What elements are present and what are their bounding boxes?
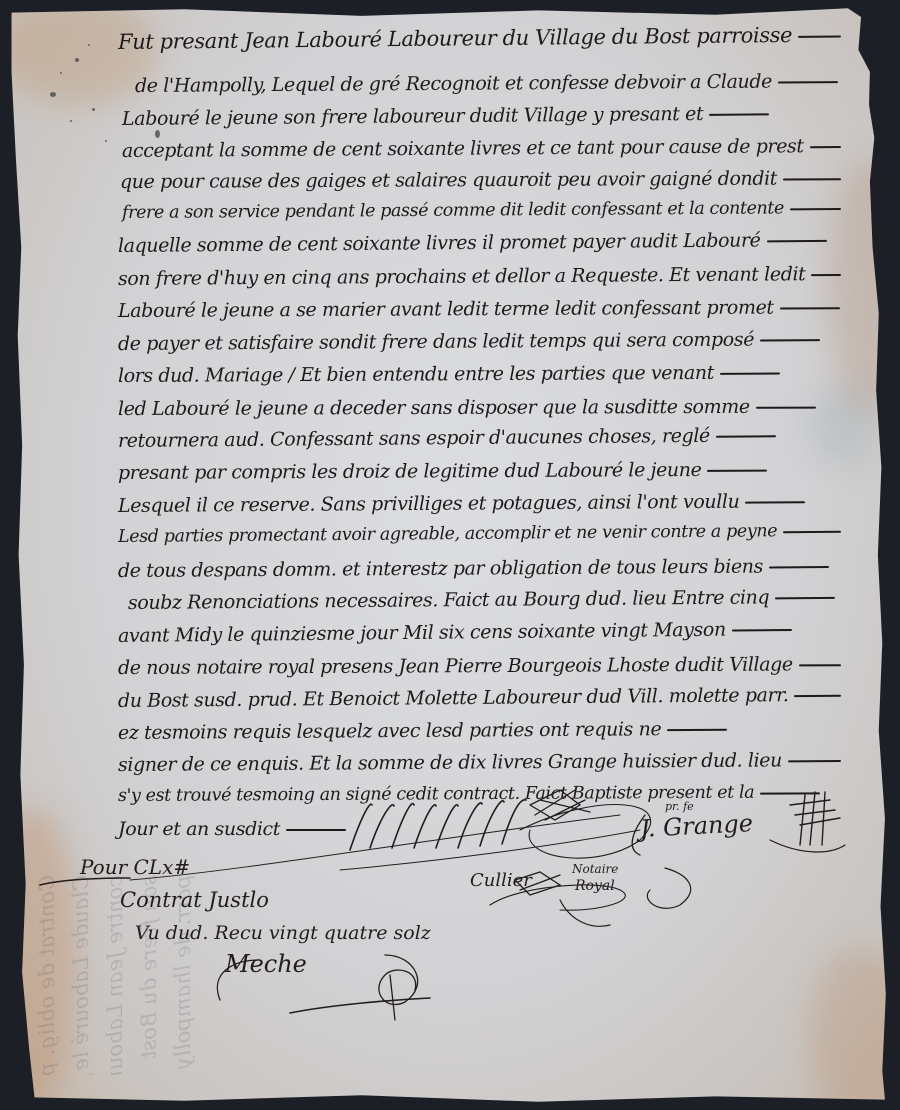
line-filler-stroke xyxy=(769,566,829,568)
ink-speckle xyxy=(88,44,90,46)
line-filler-stroke xyxy=(667,729,727,731)
manuscript-line: Jour et an susdict xyxy=(118,818,346,840)
manuscript-line: presant par compris les droiz de legitim… xyxy=(118,459,768,484)
manuscript-line: led Labouré le jeune a deceder sans disp… xyxy=(118,396,816,420)
line-filler-stroke xyxy=(775,597,835,600)
signature-grange-note: pr. fe xyxy=(665,800,694,813)
water-stain xyxy=(808,386,878,466)
ink-speckle xyxy=(50,92,56,97)
line-filler-stroke xyxy=(760,339,820,341)
ink-speckle xyxy=(92,108,95,111)
signature-cullier: Cullier xyxy=(470,870,532,891)
manuscript-line: que pour cause des gaiges et salaires qu… xyxy=(120,167,841,193)
line-filler-stroke xyxy=(783,178,841,180)
receipt-line: Vu dud. Recu vingt quatre solz xyxy=(135,922,431,944)
signature-grange: J. Grange xyxy=(639,809,753,843)
line-filler-stroke xyxy=(790,207,841,209)
manuscript-line: lors dud. Mariage / Et bien entendu entr… xyxy=(118,362,780,387)
age-stain xyxy=(828,156,900,416)
line-filler-stroke xyxy=(286,829,346,831)
line-filler-stroke xyxy=(707,470,767,472)
receipt-line: Contrat Justlo xyxy=(120,888,269,912)
line-filler-stroke xyxy=(798,35,841,37)
ink-speckle xyxy=(70,120,72,122)
line-filler-stroke xyxy=(811,274,841,276)
line-filler-stroke xyxy=(794,695,841,697)
line-filler-stroke xyxy=(778,81,838,83)
line-filler-stroke xyxy=(720,373,780,375)
line-filler-stroke xyxy=(745,501,805,503)
ink-speckle xyxy=(105,140,107,142)
ink-speckle xyxy=(155,130,160,138)
line-filler-stroke xyxy=(732,629,792,632)
line-filler-stroke xyxy=(788,760,841,762)
manuscript-line: de nous notaire royal presens Jean Pierr… xyxy=(118,653,841,679)
receipt-line: Pour CLx# xyxy=(80,855,190,879)
line-filler-stroke xyxy=(716,435,776,438)
line-filler-stroke xyxy=(709,113,769,116)
line-filler-stroke xyxy=(780,307,840,309)
signature-clerk: Meche xyxy=(225,950,307,978)
line-filler-stroke xyxy=(783,530,841,533)
manuscript-line: s'y est trouvé tesmoing an signé cedit c… xyxy=(118,782,820,806)
ink-speckle xyxy=(75,58,79,62)
line-filler-stroke xyxy=(799,664,841,666)
notary-label: Notaire xyxy=(572,862,618,876)
line-filler-stroke xyxy=(756,407,816,409)
manuscript-line: Labouré le jeune a se marier avant ledit… xyxy=(118,296,840,322)
line-filler-stroke xyxy=(766,240,826,243)
age-stain xyxy=(808,946,900,1110)
ink-speckle xyxy=(60,72,62,74)
manuscript-line: ez tesmoins requis lesquelz avec lesd pa… xyxy=(118,718,727,744)
line-filler-stroke xyxy=(760,792,820,794)
notary-name: Royal xyxy=(575,878,615,894)
line-filler-stroke xyxy=(810,146,841,148)
